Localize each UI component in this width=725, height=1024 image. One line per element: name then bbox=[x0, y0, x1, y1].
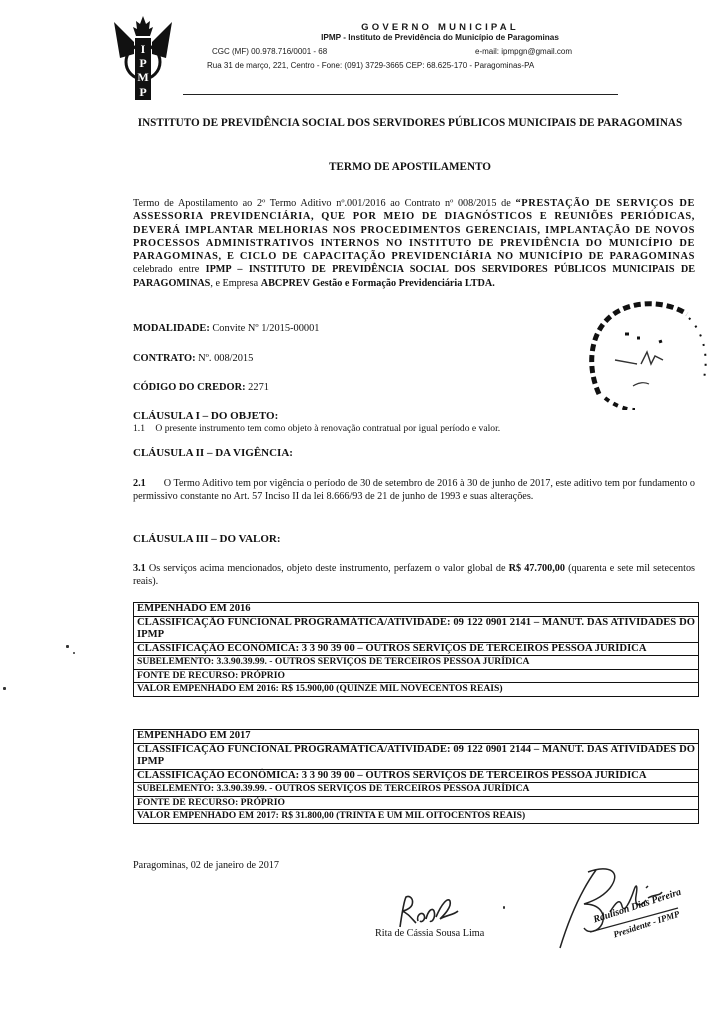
clause-2-text: 2.1O Termo Aditivo tem por vigência o pe… bbox=[133, 477, 695, 504]
field-contrato: CONTRATO: Nº. 008/2015 bbox=[133, 353, 253, 364]
scan-speck bbox=[66, 645, 69, 648]
commitment-table-2016: EMPENHADO EM 2016 CLASSIFICAÇÃO FUNCIONA… bbox=[133, 602, 699, 697]
table-row: FONTE DE RECURSO: PRÓPRIO bbox=[134, 797, 698, 811]
letterhead-cgc: CGC (MF) 00.978.716/0001 - 68 bbox=[212, 47, 327, 56]
clause-1-text: 1.1 O presente instrumento tem como obje… bbox=[133, 423, 500, 434]
svg-text:P: P bbox=[139, 56, 146, 70]
table-row: EMPENHADO EM 2016 bbox=[134, 603, 698, 617]
table-row: SUBELEMENTO: 3.3.90.39.99. - OUTROS SERV… bbox=[134, 783, 698, 797]
intro-middle: celebrado entre bbox=[133, 264, 206, 275]
letterhead-divider bbox=[183, 94, 618, 95]
svg-text:P: P bbox=[139, 85, 146, 99]
field-modalidade: MODALIDADE: Convite Nº 1/2015-00001 bbox=[133, 323, 320, 334]
field-codigo-credor: CÓDIGO DO CREDOR: 2271 bbox=[133, 382, 269, 393]
clause-3-text: 3.1 Os serviços acima mencionados, objet… bbox=[133, 562, 695, 589]
letterhead-government: GOVERNO MUNICIPAL bbox=[250, 22, 630, 33]
letterhead-institute: IPMP - Instituto de Previdência do Munic… bbox=[250, 33, 630, 42]
intro-paragraph: Termo de Apostilamento ao 2º Termo Aditi… bbox=[133, 197, 695, 290]
svg-text:M: M bbox=[137, 70, 148, 84]
institution-title: INSTITUTO DE PREVIDÊNCIA SOCIAL DOS SERV… bbox=[130, 117, 690, 130]
letterhead-address: Rua 31 de março, 221, Centro - Fone: (09… bbox=[207, 61, 534, 70]
table-row: SUBELEMENTO: 3.3.90.39.99. - OUTROS SERV… bbox=[134, 656, 698, 670]
table-row: EMPENHADO EM 2017 bbox=[134, 730, 698, 744]
commitment-table-2017: EMPENHADO EM 2017 CLASSIFICAÇÃO FUNCIONA… bbox=[133, 729, 699, 824]
table-row: FONTE DE RECURSO: PRÓPRIO bbox=[134, 670, 698, 684]
party-company: ABCPREV Gestão e Formação Previdenciária… bbox=[261, 278, 495, 289]
signatory-1-name: Rita de Cássia Sousa Lima bbox=[375, 928, 484, 939]
intro-connector: , e Empresa bbox=[210, 278, 260, 289]
svg-text:I: I bbox=[141, 42, 146, 56]
table-row: CLASSIFICAÇÃO ECONÔMICA: 3 3 90 39 00 – … bbox=[134, 643, 698, 657]
document-title: TERMO DE APOSTILAMENTO bbox=[130, 161, 690, 174]
scan-speck bbox=[503, 906, 505, 909]
table-row: VALOR EMPENHADO EM 2017: R$ 31.800,00 (T… bbox=[134, 810, 698, 823]
table-row: VALOR EMPENHADO EM 2016: R$ 15.900,00 (Q… bbox=[134, 683, 698, 696]
ipmp-logo-icon: I P M P bbox=[112, 14, 174, 100]
table-row: CLASSIFICAÇÃO FUNCIONAL PROGRAMÁTICA/ATI… bbox=[134, 617, 698, 643]
official-seal-icon bbox=[585, 298, 713, 410]
table-row: CLASSIFICAÇÃO FUNCIONAL PROGRAMÁTICA/ATI… bbox=[134, 744, 698, 770]
place-date: Paragominas, 02 de janeiro de 2017 bbox=[133, 860, 279, 871]
letterhead-email: e-mail: ipmpgn@gmail.com bbox=[475, 47, 572, 56]
clause-3-heading: CLÁUSULA III – DO VALOR: bbox=[133, 533, 281, 545]
signature-rita-icon bbox=[392, 893, 462, 931]
clause-2-heading: CLÁUSULA II – DA VIGÊNCIA: bbox=[133, 447, 293, 459]
table-row: CLASSIFICAÇÃO ECONÔMICA: 3 3 90 39 00 – … bbox=[134, 770, 698, 784]
intro-prefix: Termo de Apostilamento ao 2º Termo Aditi… bbox=[133, 198, 516, 209]
scan-speck bbox=[3, 687, 6, 690]
scan-speck bbox=[73, 652, 75, 654]
clause-1-heading: CLÁUSULA I – DO OBJETO: bbox=[133, 410, 278, 422]
